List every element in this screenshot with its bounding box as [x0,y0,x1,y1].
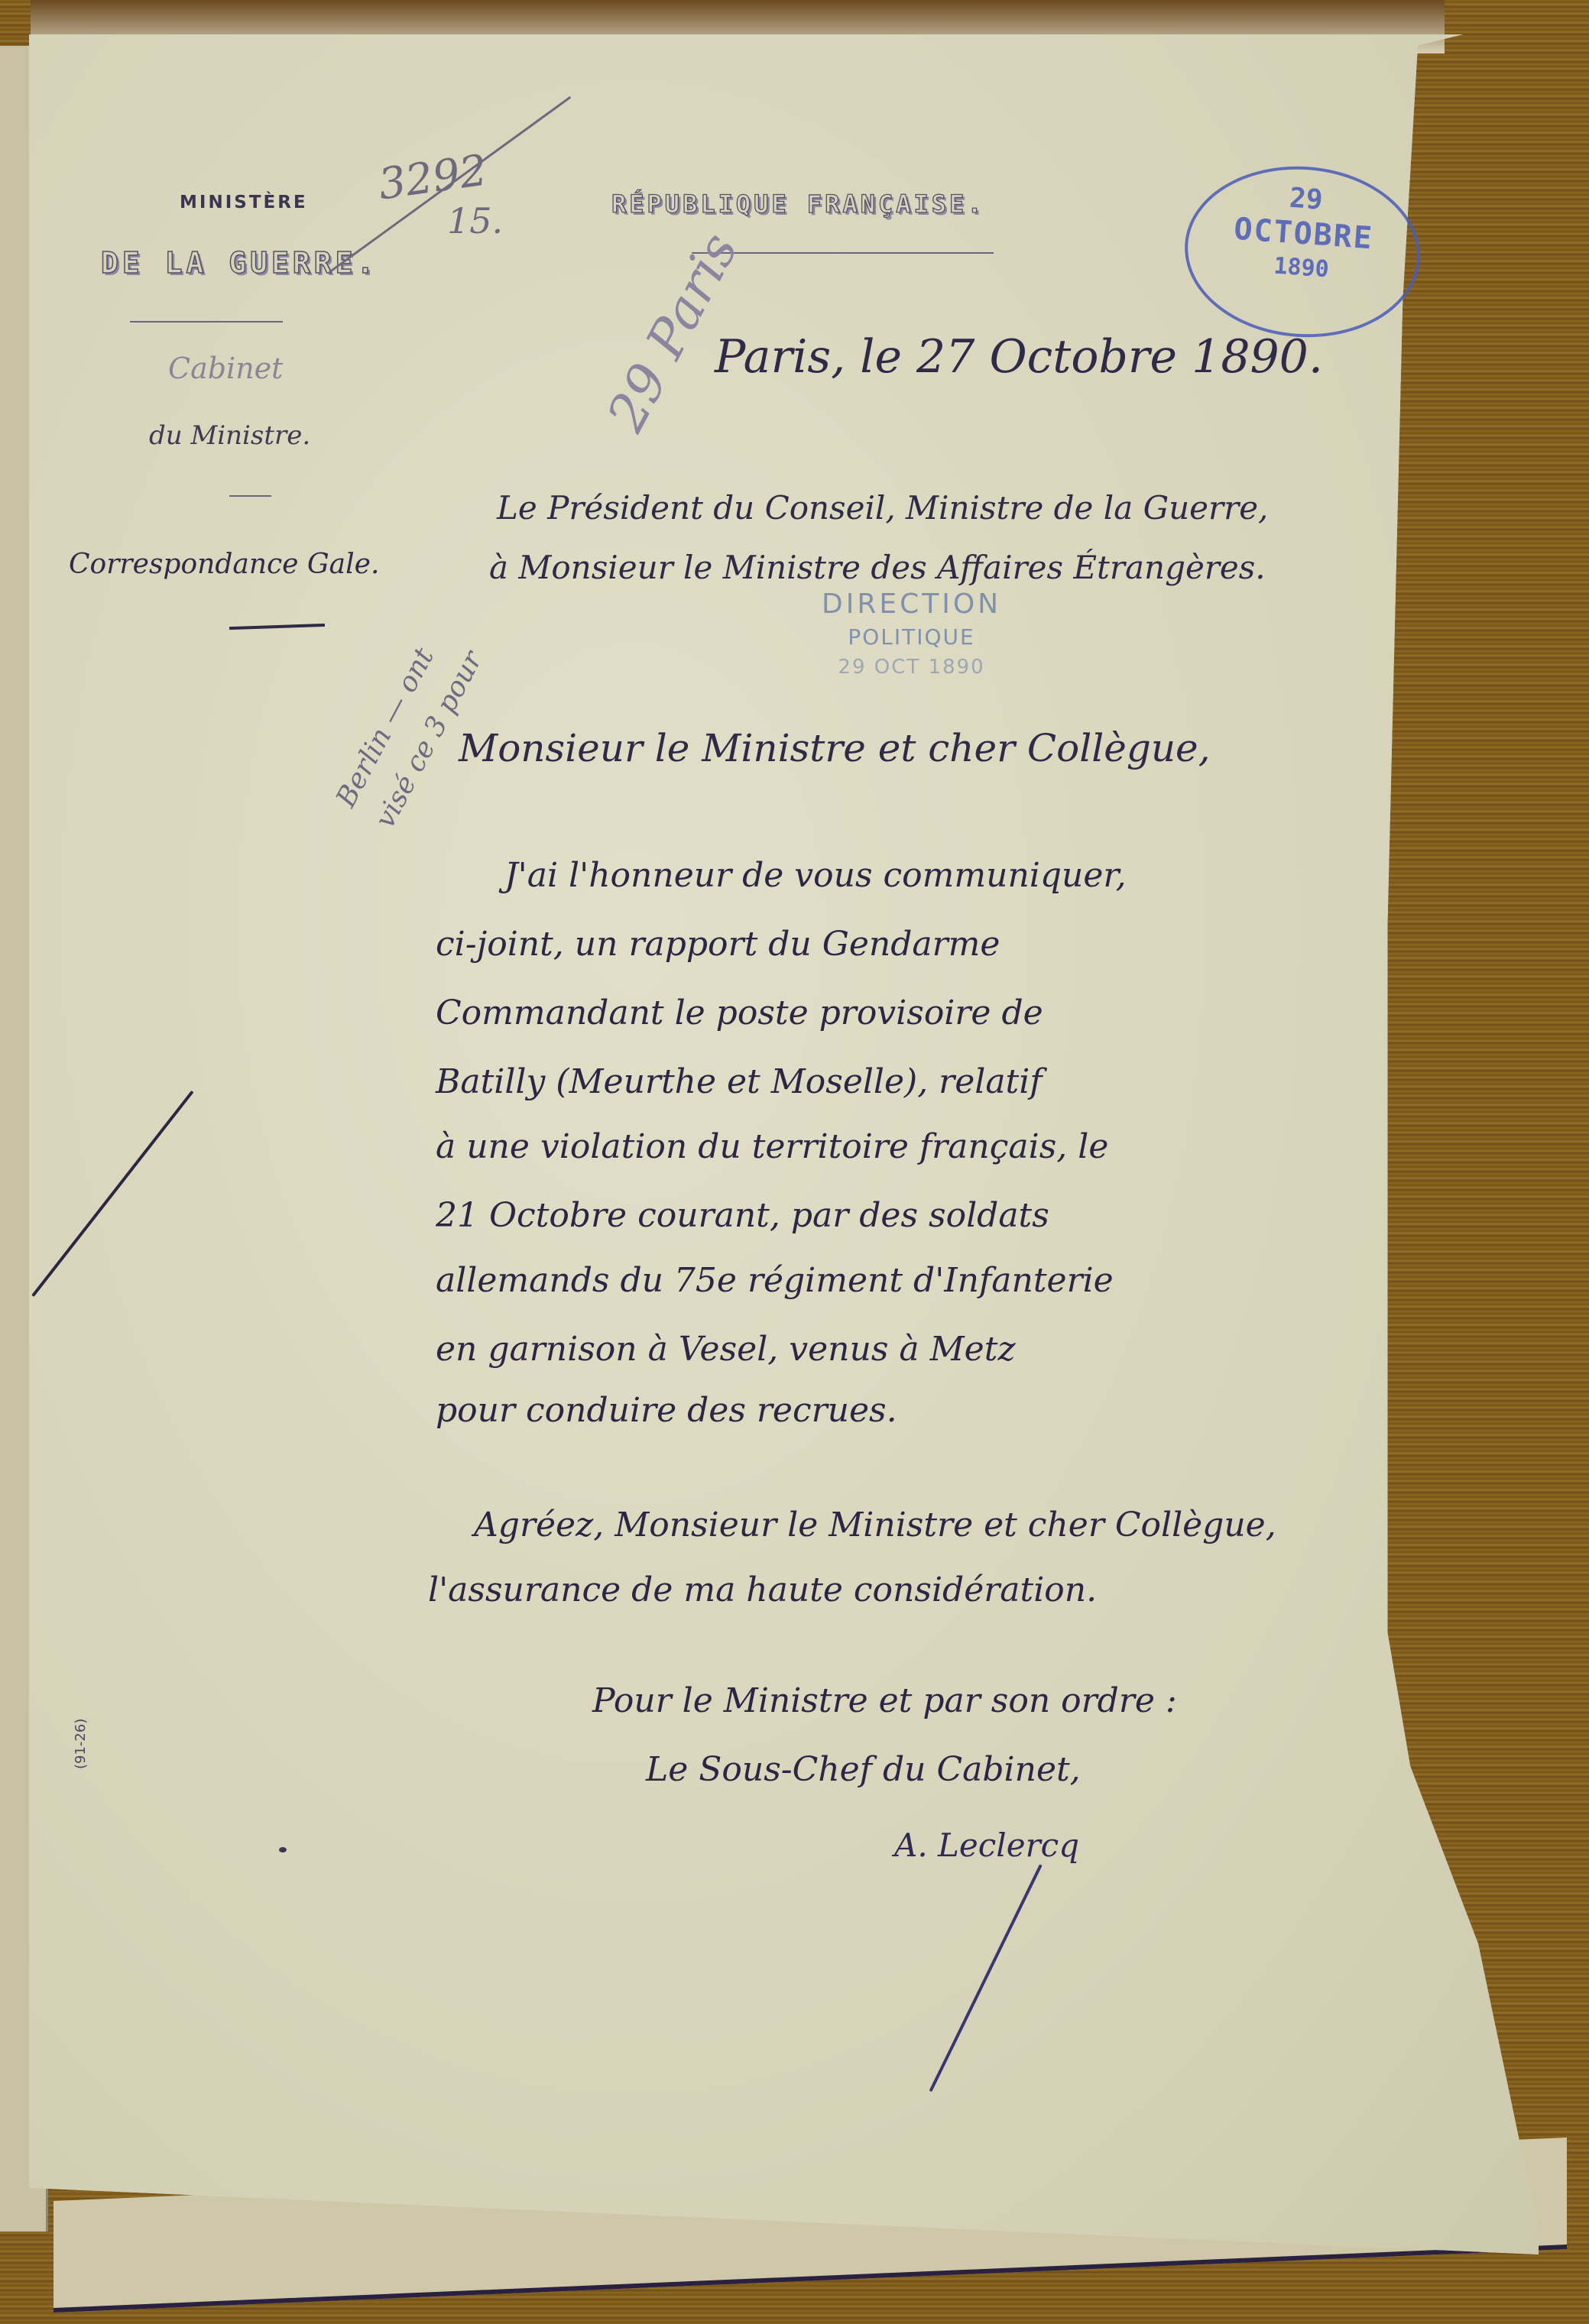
direction-politique-stamp: DIRECTION POLITIQUE 29 OCT 1890 [822,588,1001,679]
signature: A. Leclercq [894,1826,1079,1864]
stamp-line-1: DIRECTION [822,588,1001,620]
de-la-guerre-label: DE LA GUERRE. [101,246,378,280]
archive-reference: (91-26) [73,1719,89,1769]
stamp-line-3: 29 OCT 1890 [822,656,1001,679]
closing-line: Agréez, Monsieur le Ministre et cher Col… [474,1506,1276,1544]
body-line: en garnison à Vesel, venus à Metz [436,1330,1016,1369]
body-line: pour conduire des recrues. [436,1391,897,1430]
recipient-line: à Monsieur le Ministre des Affaires Étra… [489,549,1266,586]
sub-number-annotation: 15. [447,200,503,241]
short-rule [229,495,271,497]
service-label: Correspondance Gale. [69,549,379,580]
body-line: à une violation du territoire français, … [436,1127,1108,1166]
body-line: Batilly (Meurthe et Moselle), relatif [436,1062,1043,1101]
stamp-line-2: POLITIQUE [822,624,1001,650]
body-line: ci-joint, un rapport du Gendarme [436,925,1000,964]
body-line: J'ai l'honneur de vous communiquer, [504,856,1127,895]
closing-line: l'assurance de ma haute considération. [428,1570,1097,1609]
sign-off-title: Le Sous-Chef du Cabinet, [646,1750,1081,1789]
salutation: Monsieur le Ministre et cher Collègue, [459,726,1211,770]
body-line: Commandant le poste provisoire de [436,993,1043,1032]
body-line: 21 Octobre courant, par des soldats [436,1196,1049,1235]
republique-label: RÉPUBLIQUE FRANÇAISE. [611,190,985,219]
cabinet-label: Cabinet [168,352,283,385]
sender-line: Le Président du Conseil, Ministre de la … [497,489,1268,527]
letter-date: Paris, le 27 Octobre 1890. [715,330,1323,384]
ornamental-rule [130,321,283,323]
ministere-label: MINISTÈRE [180,193,308,212]
sign-off-line: Pour le Ministre et par son ordre : [592,1681,1177,1720]
punch-hole [279,1847,287,1852]
body-line: allemands du 75e régiment d'Infanterie [436,1261,1114,1300]
du-ministre-label: du Ministre. [149,420,310,451]
